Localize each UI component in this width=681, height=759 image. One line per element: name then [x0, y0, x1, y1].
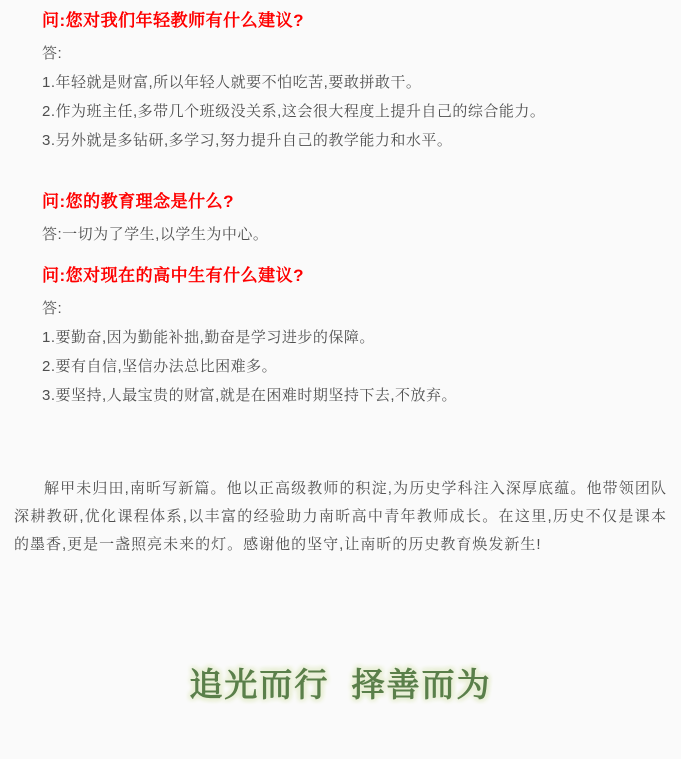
answer-line: 2.要有自信,坚信办法总比困难多。 — [42, 359, 641, 375]
answer-line: 3.要坚持,人最宝贵的财富,就是在困难时期坚持下去,不放弃。 — [42, 388, 641, 404]
article-page: 问:您对我们年轻教师有什么建议? 答: 1.年轻就是财富,所以年轻人就要不怕吃苦… — [0, 0, 681, 759]
answer-line: 2.作为班主任,多带几个班级没关系,这会很大程度上提升自己的综合能力。 — [42, 104, 641, 120]
closing-paragraph: 解甲未归田,南昕写新篇。他以正高级教师的积淀,为历史学科注入深厚底蕴。他带领团队… — [14, 475, 667, 559]
answer-line: 1.年轻就是财富,所以年轻人就要不怕吃苦,要敢拼敢干。 — [42, 75, 641, 91]
answer-label: 答: — [42, 46, 641, 62]
qa-section-young-teachers: 问:您对我们年轻教师有什么建议? 答: 1.年轻就是财富,所以年轻人就要不怕吃苦… — [0, 12, 681, 149]
answer-label: 答: — [42, 301, 641, 317]
answer-line: 1.要勤奋,因为勤能补拙,勤奋是学习进步的保障。 — [42, 330, 641, 346]
question-heading: 问:您对现在的高中生有什么建议? — [42, 267, 641, 284]
question-heading: 问:您的教育理念是什么? — [42, 193, 641, 210]
qa-section-high-school-students: 问:您对现在的高中生有什么建议? 答: 1.要勤奋,因为勤能补拙,勤奋是学习进步… — [0, 267, 681, 404]
answer-line: 答:一切为了学生,以学生为中心。 — [42, 227, 641, 243]
question-heading: 问:您对我们年轻教师有什么建议? — [42, 12, 641, 29]
answer-line: 3.另外就是多钻研,多学习,努力提升自己的教学能力和水平。 — [42, 133, 641, 149]
qa-section-education-philosophy: 问:您的教育理念是什么? 答:一切为了学生,以学生为中心。 — [0, 193, 681, 243]
slogan-title: 追光而行 择善而为 — [0, 659, 681, 706]
